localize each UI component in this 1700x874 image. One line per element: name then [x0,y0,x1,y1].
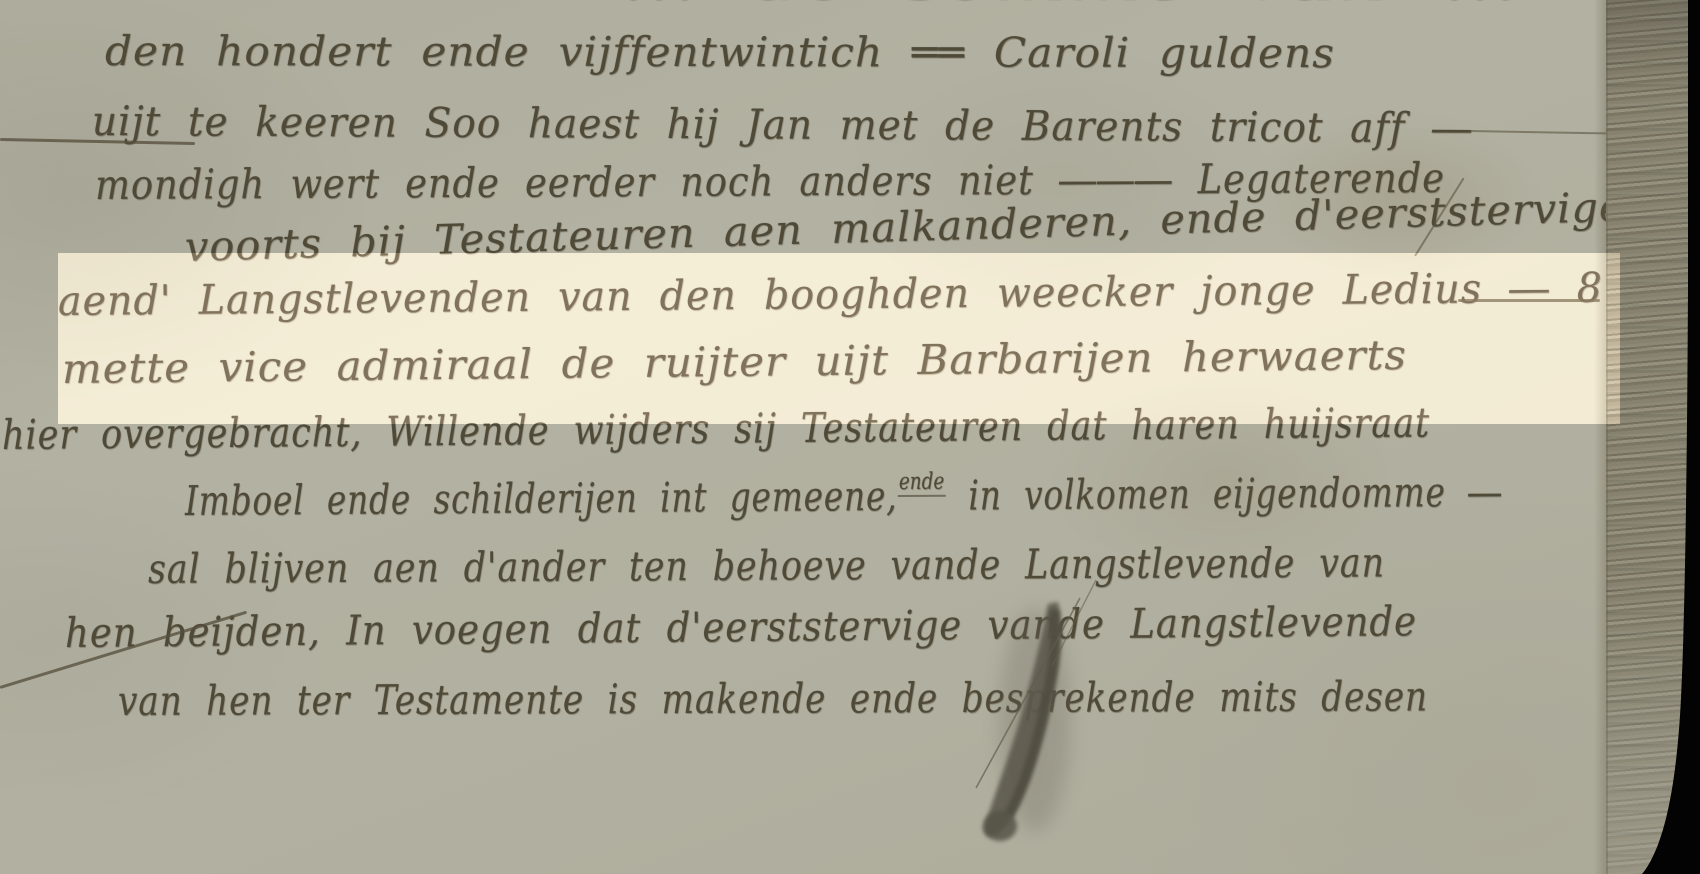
scan-background-edge [0,0,1700,874]
manuscript-scan-page: … de somme van … den hondert ende vijffe… [0,0,1700,874]
